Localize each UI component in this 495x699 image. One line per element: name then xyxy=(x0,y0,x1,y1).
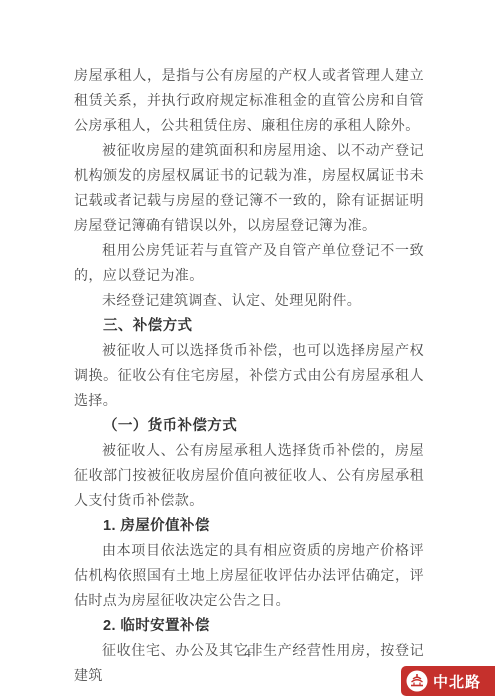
document-text-block: 房屋承租人，是指与公有房屋的产权人或者管理人建立租赁关系，并执行政府规定标准租金… xyxy=(74,64,424,689)
document-page: 房屋承租人，是指与公有房屋的产权人或者管理人建立租赁关系，并执行政府规定标准租金… xyxy=(0,0,495,699)
document-heading: 三、补偿方式 xyxy=(74,314,424,339)
page-footer: 4 xyxy=(0,644,495,662)
document-paragraph: 租用公房凭证若与直管产及自管产单位登记不一致的，应以登记为准。 xyxy=(74,239,424,289)
document-heading: 2. 临时安置补偿 xyxy=(74,614,424,639)
document-paragraph: 被征收人可以选择货币补偿，也可以选择房屋产权调换。征收公有住宅房屋，补偿方式由公… xyxy=(74,339,424,414)
document-paragraph: 房屋承租人，是指与公有房屋的产权人或者管理人建立租赁关系，并执行政府规定标准租金… xyxy=(74,64,424,139)
landmark-circle-icon xyxy=(406,670,428,692)
page-number: 4 xyxy=(244,645,251,660)
document-paragraph: 由本项目依法选定的具有相应资质的房地产价格评估机构依照国有土地上房屋征收评估办法… xyxy=(74,539,424,614)
watermark-badge: 中北路 xyxy=(401,666,495,696)
document-heading: 1. 房屋价值补偿 xyxy=(74,514,424,539)
watermark-label: 中北路 xyxy=(433,671,481,692)
document-paragraph: 被征收房屋的建筑面积和房屋用途、以不动产登记机构颁发的房屋权属证书的记载为准，房… xyxy=(74,139,424,239)
document-heading: （一）货币补偿方式 xyxy=(74,414,424,439)
document-paragraph: 未经登记建筑调查、认定、处理见附件。 xyxy=(74,289,424,314)
document-paragraph: 被征收人、公有房屋承租人选择货币补偿的，房屋征收部门按被征收房屋价值向被征收人、… xyxy=(74,439,424,514)
